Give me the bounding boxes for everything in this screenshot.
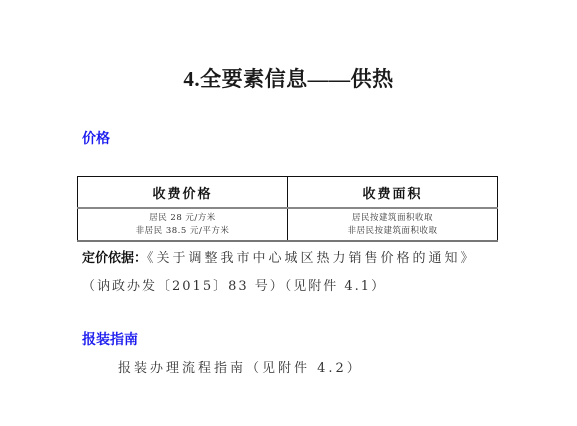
pricing-basis-document: 《关于调整我市中心城区热力销售价格的通知》: [147, 251, 477, 266]
table-header-row: 收费价格 收费面积: [78, 177, 498, 209]
price-non-residential: 非居民 38.5 元/平方米: [78, 225, 287, 238]
fee-table: 收费价格 收费面积 居民 28 元/方米 非居民 38.5 元/平方米 居民按建…: [77, 176, 498, 242]
pricing-basis-label: 定价依据：: [82, 251, 147, 266]
area-non-residential: 非居民按建筑面积收取: [288, 225, 497, 238]
cell-fee-area: 居民按建筑面积收取 非居民按建筑面积收取: [288, 208, 498, 241]
installation-guide-text: 报装办理流程指南（见附件 4.2）: [118, 357, 363, 376]
column-header-fee-price: 收费价格: [78, 177, 288, 209]
pricing-basis-reference: （讷政办发〔2015〕83 号）（见附件 4.1）: [82, 273, 512, 301]
price-residential: 居民 28 元/方米: [78, 212, 287, 225]
area-residential: 居民按建筑面积收取: [288, 212, 497, 225]
section-heading-installation-guide: 报装指南: [82, 329, 138, 349]
pricing-basis: 定价依据：《关于调整我市中心城区热力销售价格的通知》 （讷政办发〔2015〕83…: [82, 245, 512, 301]
column-header-fee-area: 收费面积: [288, 177, 498, 209]
table-row: 居民 28 元/方米 非居民 38.5 元/平方米 居民按建筑面积收取 非居民按…: [78, 208, 498, 241]
section-heading-price: 价格: [82, 128, 110, 148]
cell-fee-price: 居民 28 元/方米 非居民 38.5 元/平方米: [78, 208, 288, 241]
page-title: 4.全要素信息——供热: [0, 63, 577, 93]
